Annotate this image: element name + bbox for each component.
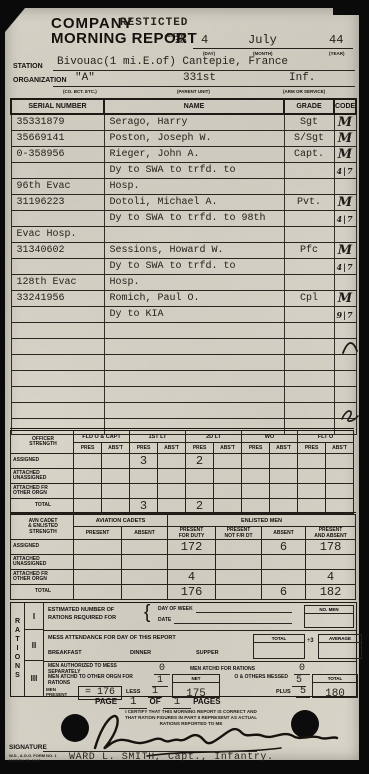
form-identifier: W.D., A.G.O. FORM NO. 1 MARCH 25, 1943 <box>9 753 57 763</box>
code-cell: M <box>334 131 356 147</box>
enlisted-strength-table: AVN CADET& ENLISTEDSTRENGTH AVIATION CAD… <box>10 512 356 600</box>
serial-cell: 31340602 <box>11 243 104 259</box>
subcol-cadet-absent: ABSENT <box>122 527 168 540</box>
rations-total-box: TOTAL180 <box>312 674 358 698</box>
ending-time: 2400 <box>167 39 186 45</box>
roster-row: 31196223Dotoli, Michael A.Pvt.M <box>11 195 356 211</box>
grade-cell <box>284 227 334 243</box>
grade-cell <box>284 163 334 179</box>
name-cell: Hosp. <box>104 179 284 195</box>
day-of-week-line <box>196 612 292 613</box>
name-cell: Romich, Paul O. <box>104 291 284 307</box>
serial-cell: Evac Hosp. <box>11 227 104 243</box>
classification-stamp: RESTICTED <box>120 17 188 29</box>
enlisted-assigned-pfd: 172 <box>168 540 216 555</box>
subcol-present-for-duty: PRESENTFOR DUTY <box>168 527 216 540</box>
roster-blank-row <box>11 403 356 419</box>
grade-cell <box>284 307 334 323</box>
brace-glyph: { <box>144 602 150 624</box>
code-cell <box>334 227 356 243</box>
organization-rule <box>53 86 355 87</box>
subcol-abst: ABS'T <box>214 443 242 454</box>
serial-cell: 35669141 <box>11 131 104 147</box>
date-label: DATE <box>158 618 171 624</box>
others-messed-label: O & OTHERS MESSED <box>232 675 288 681</box>
row-attached-unassigned: ATTACHEDUNASSIGNED <box>11 469 74 484</box>
date-year-value: 44 <box>329 33 343 47</box>
subcol-abst: ABS'T <box>158 443 186 454</box>
subcol-pres: PRES <box>186 443 214 454</box>
subcol-pres: PRES <box>298 443 326 454</box>
subcol-em-absent: ABSENT <box>262 527 306 540</box>
roster-blank-row <box>11 339 356 355</box>
name-cell: Rieger, John A. <box>104 147 284 163</box>
code-cell: 4|7 <box>334 163 356 179</box>
no-men-box: NO. MEN <box>304 605 354 628</box>
typed-signature-name: WARD L. SMITH, Capt., Infantry. <box>69 752 274 763</box>
rations-part-ii: MESS ATTENDANCE FOR DAY OF THIS REPORT B… <box>44 631 356 662</box>
roster-blank-row <box>11 355 356 371</box>
enlisted-total-absent: 6 <box>262 585 306 600</box>
divide-by-three: ÷3 <box>307 638 315 645</box>
grade-cell <box>284 211 334 227</box>
serial-cell <box>11 307 104 323</box>
enlisted-attached-pa: 4 <box>306 570 356 585</box>
group-wo: WO <box>242 430 298 443</box>
grade-cell: S/Sgt <box>284 131 334 147</box>
grade-cell: Capt. <box>284 147 334 163</box>
roster-row: 35331879Serago, HarrySgtM <box>11 114 356 131</box>
subcol-pres: PRES <box>130 443 158 454</box>
subcol-abst: ABS'T <box>270 443 298 454</box>
station-value: Bivouac(1 mi.E.of) Cantepie, France <box>57 56 288 68</box>
enlisted-strength-corner: AVN CADET& ENLISTEDSTRENGTH <box>11 514 74 540</box>
code-cell: M <box>334 243 356 259</box>
subcol-pres: PRES <box>74 443 102 454</box>
serial-cell: 35331879 <box>11 114 104 131</box>
ending-label: ENDING 2400 <box>167 33 186 45</box>
signature-label: SIGNATURE <box>9 744 47 751</box>
org-arm-sublabel: (ARM OR SERVICE) <box>283 89 325 94</box>
mess-attendance-title: MESS ATTENDANCE FOR DAY OF THIS REPORT <box>48 635 176 641</box>
serial-cell <box>11 163 104 179</box>
scan-blotch-artifact <box>333 8 359 15</box>
atchd-other-orgn-label: MEN ATCHD TO OTHER ORGN FOR RATIONS <box>48 675 144 687</box>
rations-part-numerals: I II III <box>25 603 44 696</box>
name-cell: Serago, Harry <box>104 114 284 131</box>
rations-side-label: RATIONS <box>11 603 25 696</box>
code-cell: M <box>334 195 356 211</box>
roster-row: 96th EvacHosp. <box>11 179 356 195</box>
grade-cell: Pvt. <box>284 195 334 211</box>
name-cell: Poston, Joseph W. <box>104 131 284 147</box>
subcol-pres: PRES <box>242 443 270 454</box>
stray-pen-mark <box>341 338 361 356</box>
serial-cell <box>11 211 104 227</box>
rations-part-iii: MEN AUTHORIZED TO MESS SEPARATELY 0 MEN … <box>44 662 356 696</box>
part-i-numeral: I <box>25 603 43 630</box>
enlisted-attached-pfd: 4 <box>168 570 216 585</box>
serial-cell: 96th Evac <box>11 179 104 195</box>
roster-row: 31340602Sessions, Howard W.PfcM <box>11 243 356 259</box>
rations-part-i: ESTIMATED NUMBER OF RATIONS REQUIRED FOR… <box>44 603 356 631</box>
row-attached-fr-other: ATTACHED FROTHER ORGN <box>11 484 74 499</box>
grade-cell <box>284 179 334 195</box>
code-cell <box>334 179 356 195</box>
rations-section: RATIONS I II III ESTIMATED NUMBER OF RAT… <box>10 602 357 697</box>
group-aviation-cadets: AVIATION CADETS <box>74 514 168 527</box>
subcol-abst: ABS'T <box>326 443 354 454</box>
stray-pen-mark <box>339 406 361 424</box>
enlisted-total-pfd: 176 <box>168 585 216 600</box>
code-cell: M <box>334 291 356 307</box>
name-cell: Dotoli, Michael A. <box>104 195 284 211</box>
estimated-rations-label: ESTIMATED NUMBER OF <box>48 607 148 613</box>
grade-cell: Sgt <box>284 114 334 131</box>
name-cell: Dy to SWA to trfd. to <box>104 259 284 275</box>
enlisted-assigned-absent: 6 <box>262 540 306 555</box>
roster-row: Dy to KIA9|7 <box>11 307 356 323</box>
average-box: AVERAGE <box>318 634 362 659</box>
grade-cell <box>284 275 334 291</box>
net-box: NET175 <box>172 674 220 698</box>
roster-row: Dy to SWA to trfd. to 98th4|7 <box>11 211 356 227</box>
enlisted-total-pa: 182 <box>306 585 356 600</box>
mess-separately-value: 0 <box>154 663 170 675</box>
enlisted-assigned-pa: 178 <box>306 540 356 555</box>
row-assigned: ASSIGNED <box>11 540 74 555</box>
col-code: CODE <box>334 99 356 114</box>
less-label: LESS <box>126 689 140 695</box>
name-cell: Sessions, Howard W. <box>104 243 284 259</box>
group-flt-o: FLT O <box>298 430 354 443</box>
name-cell: Dy to KIA <box>104 307 284 323</box>
plus-label: PLUS <box>276 689 291 695</box>
serial-cell: 128th Evac <box>11 275 104 291</box>
subcol-present-and-absent: PRESENTAND ABSENT <box>306 527 356 540</box>
date-year-sublabel: (YEAR) <box>329 51 345 56</box>
date-line <box>174 623 292 624</box>
torn-corner-artifact <box>5 8 25 32</box>
station-label: STATION <box>13 63 43 71</box>
men-present-label: MENPRESENT <box>46 687 78 697</box>
supper-label: SUPPER <box>196 650 219 656</box>
date-rule <box>193 48 353 49</box>
serial-cell <box>11 259 104 275</box>
atchd-for-rations-label: MEN ATCHD FOR RATIONS <box>190 667 292 673</box>
group-1st-lt: 1ST LT <box>130 430 186 443</box>
roster-row: Dy to SWA to trfd. to4|7 <box>11 163 356 179</box>
morning-report-form: COMPANY MORNING REPORT RESTICTED ENDING … <box>5 8 359 760</box>
org-company-sublabel: (CO. BCT. ETC.) <box>63 89 97 94</box>
roster-header-row: SERIAL NUMBER NAME GRADE CODE <box>11 99 356 114</box>
serial-cell: 33241956 <box>11 291 104 307</box>
roster-row: 0-358956Rieger, John A.Capt.M <box>11 147 356 163</box>
rations-total-value: 180 <box>325 688 345 700</box>
name-cell: Hosp. <box>104 275 284 291</box>
org-company-value: "A" <box>75 72 95 84</box>
part-iii-numeral: III <box>25 661 43 696</box>
subcol-present-not-duty: PRESENTNOT F/R DT <box>216 527 262 540</box>
officer-strength-corner: OFFICERSTRENGTH <box>11 430 74 454</box>
col-name: NAME <box>104 99 284 114</box>
roster-row: Evac Hosp. <box>11 227 356 243</box>
roster-blank-row <box>11 371 356 387</box>
officer-strength-table: OFFICERSTRENGTH FLD O & CAPT 1ST LT 2D L… <box>10 428 354 514</box>
organization-label: ORGANIZATION <box>13 77 67 85</box>
name-cell <box>104 227 284 243</box>
dinner-label: DINNER <box>130 650 151 656</box>
grade-cell: Pfc <box>284 243 334 259</box>
name-cell: Dy to SWA to trfd. to 98th <box>104 211 284 227</box>
row-assigned: ASSIGNED <box>11 454 74 469</box>
roster-row: Dy to SWA to trfd. to4|7 <box>11 259 356 275</box>
part-ii-numeral: II <box>25 630 43 660</box>
roster-row: 35669141Poston, Joseph W.S/SgtM <box>11 131 356 147</box>
col-grade: GRADE <box>284 99 334 114</box>
group-2d-lt: 2D LT <box>186 430 242 443</box>
breakfast-label: BREAKFAST <box>48 650 82 656</box>
serial-cell: 0-358956 <box>11 147 104 163</box>
grade-cell <box>284 259 334 275</box>
group-enlisted-men: ENLISTED MEN <box>168 514 356 527</box>
mess-total-box: TOTAL <box>253 634 305 659</box>
date-day-value: 4 <box>201 33 208 47</box>
row-attached-fr-other: ATTACHED FROTHER ORGN <box>11 570 74 585</box>
org-parent-value: 331st <box>183 72 216 84</box>
code-cell: M <box>334 147 356 163</box>
officers-assigned-1stlt-pres: 3 <box>130 454 158 469</box>
row-total: TOTAL <box>11 585 74 600</box>
subcol-abst: ABS'T <box>102 443 130 454</box>
subcol-cadet-present: PRESENT <box>74 527 122 540</box>
roster-row: 128th EvacHosp. <box>11 275 356 291</box>
roster-row: 33241956Romich, Paul O.CplM <box>11 291 356 307</box>
code-cell: 9|7 <box>334 307 356 323</box>
code-cell <box>334 275 356 291</box>
code-cell: M <box>334 114 356 131</box>
plus-value: 5 <box>296 686 310 698</box>
estimated-rations-label2: RATIONS REQUIRED FOR <box>48 615 148 621</box>
row-attached-unassigned: ATTACHEDUNASSIGNED <box>11 555 74 570</box>
code-cell: 4|7 <box>334 259 356 275</box>
serial-cell: 31196223 <box>11 195 104 211</box>
group-fldo-capt: FLD O & CAPT <box>74 430 130 443</box>
name-cell: Dy to SWA to trfd. to <box>104 163 284 179</box>
roster-blank-row <box>11 387 356 403</box>
roster-blank-row <box>11 323 356 339</box>
code-cell: 4|7 <box>334 211 356 227</box>
day-of-week-label: DAY OF WEEK <box>158 607 193 613</box>
org-parent-sublabel: (PARENT UNIT) <box>177 89 210 94</box>
col-serial-number: SERIAL NUMBER <box>11 99 104 114</box>
personnel-roster-table: SERIAL NUMBER NAME GRADE CODE 35331879Se… <box>10 98 357 435</box>
atchd-for-rations-value: 0 <box>294 663 310 675</box>
date-month-value: July <box>248 33 277 47</box>
org-arm-value: Inf. <box>289 72 315 84</box>
officers-assigned-2dlt-pres: 2 <box>186 454 214 469</box>
station-rule <box>53 70 355 71</box>
grade-cell: Cpl <box>284 291 334 307</box>
